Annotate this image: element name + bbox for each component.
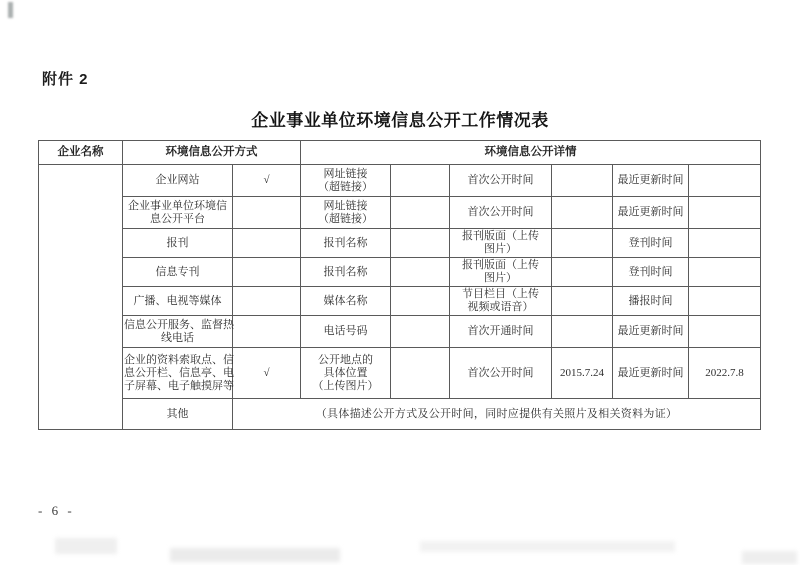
header-disclosure-details: 环境信息公开详情 — [301, 141, 761, 165]
detail-label-cell: 报刊名称 — [301, 258, 391, 287]
table-row: 信息公开服务、监督热 线电话 电话号码 首次开通时间 最近更新时间 — [39, 316, 761, 348]
scan-artifact — [742, 551, 797, 564]
detail-value-cell — [391, 287, 450, 316]
attachment-label: 附件 2 — [42, 68, 89, 89]
detail-value-cell — [552, 316, 613, 348]
detail-value-cell — [391, 197, 450, 229]
detail-label-cell: 网址链接 （超链接） — [301, 197, 391, 229]
detail-label-cell: 首次公开时间 — [450, 348, 552, 399]
scan-artifact — [55, 538, 117, 554]
scan-artifact — [8, 2, 13, 18]
detail-value-cell — [689, 287, 761, 316]
check-cell — [233, 229, 301, 258]
table-row: 报刊 报刊名称 报刊版面（上传 图片） 登刊时间 — [39, 229, 761, 258]
table-row: 企业事业单位环境信 息公开平台 网址链接 （超链接） 首次公开时间 最近更新时间 — [39, 197, 761, 229]
check-cell — [233, 258, 301, 287]
method-cell: 企业网站 — [123, 165, 233, 197]
detail-label-cell: 节目栏目（上传 视频或语音） — [450, 287, 552, 316]
detail-label-cell: 登刊时间 — [613, 258, 689, 287]
detail-label-cell: 最近更新时间 — [613, 348, 689, 399]
method-cell: 企业的资料索取点、信 息公开栏、信息亭、电 子屏幕、电子触摸屏等 — [123, 348, 233, 399]
table-row: 广播、电视等媒体 媒体名称 节目栏目（上传 视频或语音） 播报时间 — [39, 287, 761, 316]
detail-label-cell: 最近更新时间 — [613, 316, 689, 348]
detail-value-cell — [391, 165, 450, 197]
header-disclosure-method: 环境信息公开方式 — [123, 141, 301, 165]
page-number: - 6 - — [38, 503, 75, 519]
detail-label-cell: 公开地点的 具体位置 （上传图片） — [301, 348, 391, 399]
detail-value-cell — [552, 287, 613, 316]
detail-label-cell: 播报时间 — [613, 287, 689, 316]
detail-value-cell — [552, 229, 613, 258]
detail-label-cell: 首次开通时间 — [450, 316, 552, 348]
table-row: 信息专刊 报刊名称 报刊版面（上传 图片） 登刊时间 — [39, 258, 761, 287]
check-cell — [233, 287, 301, 316]
method-cell: 报刊 — [123, 229, 233, 258]
detail-value-cell — [689, 316, 761, 348]
check-cell — [233, 316, 301, 348]
detail-value-cell — [689, 258, 761, 287]
detail-label-cell: 报刊名称 — [301, 229, 391, 258]
other-note-cell: （具体描述公开方式及公开时间，同时应提供有关照片及相关资料为证） — [233, 399, 761, 430]
detail-label-cell: 报刊版面（上传 图片） — [450, 229, 552, 258]
method-cell: 其他 — [123, 399, 233, 430]
table-header-row: 企业名称 环境信息公开方式 环境信息公开详情 — [39, 141, 761, 165]
company-name-cell — [39, 165, 123, 430]
detail-label-cell: 电话号码 — [301, 316, 391, 348]
detail-label-cell: 最近更新时间 — [613, 197, 689, 229]
detail-value-cell — [552, 258, 613, 287]
detail-value-cell — [391, 316, 450, 348]
detail-value-cell — [391, 348, 450, 399]
detail-label-cell: 首次公开时间 — [450, 165, 552, 197]
detail-value-cell — [689, 229, 761, 258]
scan-artifact — [420, 541, 675, 552]
detail-label-cell: 报刊版面（上传 图片） — [450, 258, 552, 287]
header-company-name: 企业名称 — [39, 141, 123, 165]
detail-value-cell: 2015.7.24 — [552, 348, 613, 399]
detail-value-cell — [391, 258, 450, 287]
detail-label-cell: 最近更新时间 — [613, 165, 689, 197]
table-row: 企业网站 √ 网址链接 （超链接） 首次公开时间 最近更新时间 — [39, 165, 761, 197]
method-cell: 信息公开服务、监督热 线电话 — [123, 316, 233, 348]
table-row-other: 其他 （具体描述公开方式及公开时间，同时应提供有关照片及相关资料为证） — [39, 399, 761, 430]
check-cell: √ — [233, 165, 301, 197]
disclosure-table: 企业名称 环境信息公开方式 环境信息公开详情 企业网站 √ 网址链接 （超链接）… — [38, 140, 761, 430]
table-row: 企业的资料索取点、信 息公开栏、信息亭、电 子屏幕、电子触摸屏等 √ 公开地点的… — [39, 348, 761, 399]
detail-value-cell — [391, 229, 450, 258]
detail-value-cell — [689, 165, 761, 197]
detail-value-cell: 2022.7.8 — [689, 348, 761, 399]
document-title: 企业事业单位环境信息公开工作情况表 — [0, 106, 800, 131]
document-page: 附件 2 企业事业单位环境信息公开工作情况表 企业名称 环境信息公开方式 环境信… — [0, 0, 800, 565]
detail-label-cell: 媒体名称 — [301, 287, 391, 316]
detail-label-cell: 首次公开时间 — [450, 197, 552, 229]
detail-label-cell: 登刊时间 — [613, 229, 689, 258]
check-cell: √ — [233, 348, 301, 399]
method-cell: 信息专刊 — [123, 258, 233, 287]
detail-value-cell — [552, 165, 613, 197]
detail-value-cell — [552, 197, 613, 229]
method-cell: 广播、电视等媒体 — [123, 287, 233, 316]
check-cell — [233, 197, 301, 229]
method-cell: 企业事业单位环境信 息公开平台 — [123, 197, 233, 229]
scan-artifact — [170, 548, 340, 562]
detail-value-cell — [689, 197, 761, 229]
detail-label-cell: 网址链接 （超链接） — [301, 165, 391, 197]
